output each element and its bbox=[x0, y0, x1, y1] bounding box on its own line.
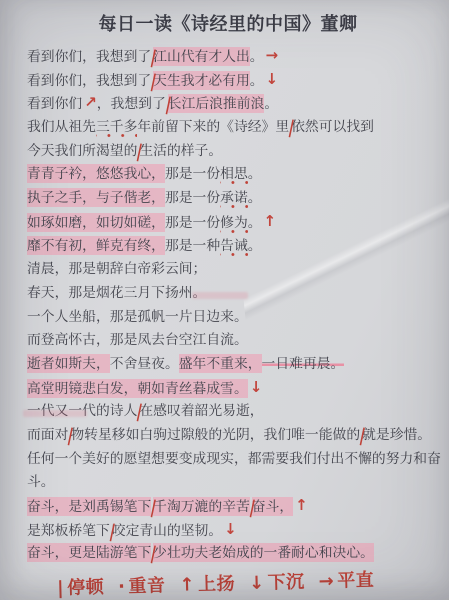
body-text: 看到你们，我想到了|江山代有才人出。→看到你们，我想到了|天生我才必有用。↓看到… bbox=[27, 45, 439, 566]
legend-row: |停顿·重音↑上扬↓下沉→平直 bbox=[57, 564, 440, 600]
text-line: 奋斗，更是陆游笔下|少壮功夫老始成的一番耐心和决心。 bbox=[27, 542, 439, 566]
text-segment: 。 bbox=[248, 238, 262, 254]
highlighted-text: 江山代有才人出 bbox=[153, 47, 250, 66]
text-line: 靡不有初，鲜克有终，那是一种告诫。 bbox=[27, 235, 439, 259]
legend-item: →平直 bbox=[318, 570, 374, 592]
emphasis-dotted-text: 告诫 bbox=[220, 238, 248, 256]
intonation-arrow: → bbox=[266, 44, 279, 68]
highlighted-text: 天生我才必有用 bbox=[153, 71, 250, 90]
text-line: 看到你们，我想到了|天生我才必有用。↓ bbox=[27, 69, 439, 93]
text-segment: 。 bbox=[248, 215, 262, 231]
legend-label: 下沉 bbox=[267, 572, 305, 594]
legend-label: 平直 bbox=[337, 570, 375, 592]
text-segment: 任何一个美好的愿望想要变成现实，都需要我们付出不懈的努力和奋 bbox=[27, 451, 441, 467]
text-line: 高堂明镜悲白发，朝如青丝暮成雪。↓ bbox=[27, 377, 439, 401]
text-segment: 看到你们，我想到了 bbox=[27, 49, 151, 65]
text-line: 执子之手，与子偕老，那是一份承诺。 bbox=[27, 187, 439, 211]
text-line: 春天，那是烟花三月下扬州。 bbox=[27, 282, 439, 306]
text-segment: 。 bbox=[250, 73, 264, 89]
text-segment: 一代又一代的诗人 bbox=[27, 403, 137, 419]
highlighted-text: 逝者如斯夫， bbox=[27, 354, 110, 373]
text-segment: 我们从祖先 bbox=[27, 119, 96, 135]
text-line: 斗。 bbox=[27, 471, 439, 495]
text-line: 我们从祖先三千多年前留下来的《诗经》里|依然可以找到 bbox=[27, 116, 439, 140]
text-segment: 就是珍惜。 bbox=[362, 427, 431, 443]
emphasis-dotted-text: 承诺 bbox=[220, 190, 248, 208]
highlighted-text: 奋斗， bbox=[252, 497, 293, 516]
intonation-arrow: ↗ bbox=[84, 91, 97, 115]
text-line: 任何一个美好的愿望想要变成现实，都需要我们付出不懈的努力和奋 bbox=[27, 448, 439, 472]
emphasis-dotted-text: 三千多 bbox=[96, 119, 137, 137]
intonation-arrow: ↓ bbox=[250, 376, 263, 400]
legend-label: 重音 bbox=[128, 575, 166, 597]
text-segment: 看到你们 bbox=[27, 96, 82, 112]
text-line: 而登高怀古，那是凤去台空江自流。 bbox=[27, 329, 439, 353]
highlighted-text: 少壮功夫老始成的一番耐心和决心。 bbox=[153, 543, 374, 562]
text-line: 清晨，那是朝辞白帝彩云间； bbox=[27, 258, 439, 282]
legend-symbol: · bbox=[118, 576, 126, 597]
marker-struck-text: 一日难再晨。 bbox=[262, 356, 345, 372]
legend-item: ↓下沉 bbox=[249, 572, 305, 594]
page-content: 每日一读《诗经里的中国》董卿 看到你们，我想到了|江山代有才人出。→看到你们，我… bbox=[27, 8, 439, 595]
text-segment: 在感叹着韶光易逝， bbox=[139, 403, 263, 419]
document-page: 每日一读《诗经里的中国》董卿 看到你们，我想到了|江山代有才人出。→看到你们，我… bbox=[0, 0, 449, 600]
text-segment: 而登高怀古，那是凤去台空江自流。 bbox=[27, 332, 248, 348]
text-segment: 物转星移如白驹过隙般的光阴，我们唯一能做的 bbox=[70, 427, 360, 443]
highlighted-text: 靡不有初，鲜克有终， bbox=[27, 236, 165, 255]
legend-symbol: | bbox=[57, 578, 65, 599]
text-line: 而面对|物转星移如白驹过隙般的光阴，我们唯一能做的|就是珍惜。 bbox=[27, 424, 439, 448]
highlighted-text: 奋斗，是刘禹锡笔下 bbox=[27, 497, 151, 516]
text-segment: 年前留下来的《诗经》里 bbox=[137, 119, 289, 135]
legend-item: ·重音 bbox=[118, 575, 166, 597]
text-line: 看到你们，我想到了|江山代有才人出。→ bbox=[27, 45, 439, 69]
highlighted-text: 如琢如磨，如切如磋， bbox=[27, 213, 165, 232]
emphasis-dotted-text: 修为 bbox=[220, 215, 248, 233]
text-segment: 春天，那是烟花三月下扬州。 bbox=[27, 285, 206, 301]
legend-item: ↑上扬 bbox=[179, 573, 235, 595]
text-line: 如琢如磨，如切如磋，那是一份修为。↑ bbox=[27, 211, 439, 235]
text-segment: 依然可以找到 bbox=[291, 119, 374, 135]
text-line: 青青子衿，悠悠我心，那是一份相思。 bbox=[27, 163, 439, 187]
highlighted-text: 千淘万漉的辛苦 bbox=[153, 497, 250, 516]
text-segment: 那是一种 bbox=[165, 238, 220, 254]
text-line: 一代又一代的诗人|在感叹着韶光易逝， bbox=[27, 400, 439, 424]
text-line: 今天我们所渴望的|生活的样子。 bbox=[27, 140, 439, 164]
text-segment: 那是一份 bbox=[165, 166, 220, 182]
text-line: 逝者如斯夫，不舍昼夜。盛年不重来，一日难再晨。 bbox=[27, 353, 439, 377]
text-line: 看到你们↗，我想到了|长江后浪推前浪。 bbox=[27, 92, 439, 116]
text-segment: 而面对 bbox=[27, 427, 68, 443]
text-segment: 。 bbox=[248, 166, 262, 182]
page-title: 每日一读《诗经里的中国》董卿 bbox=[27, 10, 429, 36]
legend-label: 上扬 bbox=[198, 573, 236, 595]
text-segment: 看到你们，我想到了 bbox=[27, 73, 151, 89]
highlighted-text: 青青子衿，悠悠我心， bbox=[27, 164, 165, 183]
legend-symbol: ↑ bbox=[179, 575, 195, 596]
text-line: 是郑板桥笔下|咬定青山的坚韧。↓ bbox=[27, 519, 439, 543]
text-segment: 。 bbox=[248, 190, 262, 206]
text-segment: ，我想到了 bbox=[97, 96, 166, 112]
text-segment: 是郑板桥笔下 bbox=[27, 523, 110, 539]
text-segment: 。 bbox=[264, 96, 278, 112]
text-segment: 清晨，那是朝辞白帝彩云间； bbox=[27, 261, 206, 277]
text-segment: 。 bbox=[250, 49, 264, 65]
text-segment: 今天我们所渴望的 bbox=[27, 143, 137, 159]
legend-symbol: → bbox=[318, 571, 334, 592]
legend-item: |停顿 bbox=[57, 577, 105, 599]
intonation-arrow: ↑ bbox=[264, 210, 277, 234]
text-segment: 咬定青山的坚韧。 bbox=[112, 523, 222, 539]
text-segment: 斗。 bbox=[27, 474, 55, 490]
text-segment: 那是一份 bbox=[165, 190, 220, 206]
highlighted-text: 长江后浪推前浪 bbox=[168, 94, 265, 113]
legend-label: 停顿 bbox=[67, 577, 105, 599]
highlighted-text: 奋斗，更是陆游笔下 bbox=[27, 543, 151, 562]
text-line: 一个人坐船，那是孤帆一片日边来。 bbox=[27, 306, 439, 330]
intonation-arrow: ↓ bbox=[224, 518, 237, 542]
text-segment: 生活的样子。 bbox=[139, 143, 222, 159]
text-segment: 那是一份 bbox=[165, 215, 220, 231]
text-segment: 一个人坐船，那是孤帆一片日边来。 bbox=[27, 309, 248, 325]
emphasis-dotted-text: 相思 bbox=[220, 166, 248, 184]
highlighted-text: 盛年不重来， bbox=[179, 354, 262, 373]
intonation-arrow: ↓ bbox=[266, 68, 279, 92]
legend-symbol: ↓ bbox=[249, 573, 265, 594]
highlighted-text: 执子之手，与子偕老， bbox=[27, 188, 165, 207]
intonation-arrow: ↑ bbox=[295, 494, 308, 518]
text-segment: 不舍昼夜。 bbox=[110, 356, 179, 372]
text-line: 奋斗，是刘禹锡笔下|千淘万漉的辛苦|奋斗，↑ bbox=[27, 495, 439, 519]
highlighted-text: 高堂明镜悲白发，朝如青丝暮成雪。 bbox=[27, 379, 248, 398]
